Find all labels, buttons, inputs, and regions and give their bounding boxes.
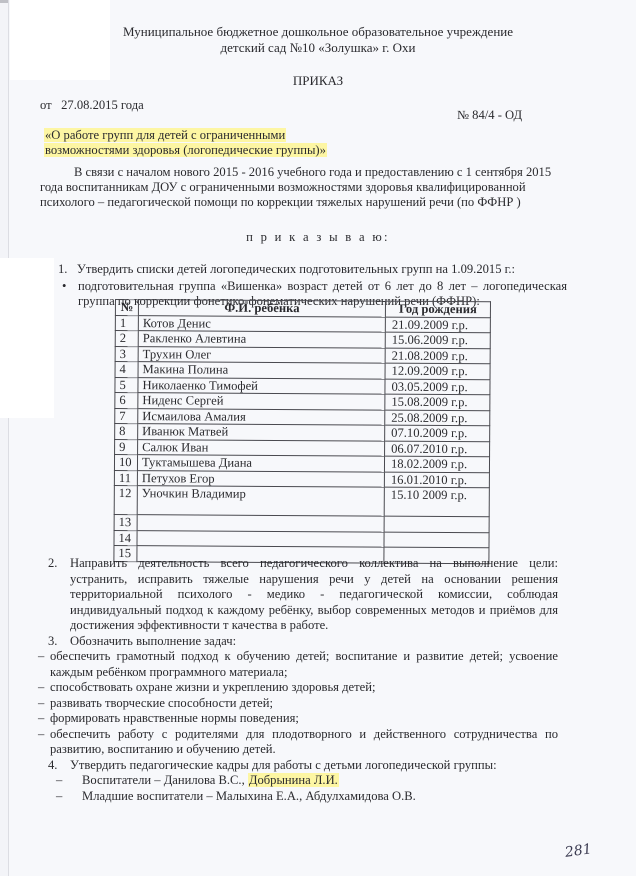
child-name: Трухин Олег (138, 346, 385, 363)
table-body: 1Котов Денис21.09.2009 г.р.2Ракленко Але… (114, 315, 490, 563)
task-text: формировать нравственные нормы поведения… (50, 711, 299, 725)
order-item-2: 2. Направить деятельность всего педагоги… (48, 556, 558, 634)
row-number: 7 (115, 408, 138, 424)
child-name: Уночкин Владимир (137, 486, 384, 517)
dash-icon: – (56, 773, 62, 789)
row-number: 5 (115, 377, 138, 393)
row-number: 3 (115, 346, 138, 362)
column-header-birth-year: Год рождения (385, 301, 490, 317)
intro-line-1: В связи с началом нового 2015 - 2016 уче… (40, 165, 570, 180)
row-number: 13 (114, 514, 137, 530)
birth-date: 12.09.2009 г.р. (385, 363, 490, 379)
row-number: 6 (115, 393, 138, 409)
staff-educators: – Воспитатели – Данилова В.С., Добрынина… (48, 773, 558, 789)
child-name: Исмаилова Амалия (138, 408, 385, 425)
order-item-1: 1. Утвердить списки детей логопедических… (58, 262, 515, 277)
order-date: от 27.08.2015 года (40, 98, 144, 113)
order-number: № 84/4 - ОД (457, 108, 522, 123)
date-label: от (40, 98, 52, 112)
item-text: Обозначить выполнение задач: (70, 634, 236, 648)
task-text: обеспечить грамотный подход к обучению д… (50, 649, 558, 679)
child-name: Салюк Иван (138, 439, 385, 456)
column-header-name: Ф.И. ребёнка (138, 300, 385, 317)
item-text: Утвердить списки детей логопедических по… (77, 262, 515, 276)
task-text: развивать творческие способности детей; (50, 696, 273, 710)
child-name: Иванюк Матвей (138, 424, 385, 441)
dash-icon: – (38, 696, 44, 712)
child-name: Макина Полина (138, 362, 385, 379)
row-number: 10 (114, 455, 137, 471)
order-subject: «О работе групп для детей с ограниченным… (44, 128, 327, 158)
task-list: –обеспечить грамотный подход к обучению … (48, 649, 558, 758)
birth-date: 03.05.2009 г.р. (385, 379, 490, 395)
row-number: 9 (115, 439, 138, 455)
birth-date: 16.01.2010 г.р. (384, 472, 489, 488)
column-header-number: № (115, 300, 138, 316)
child-name: Петухов Егор (137, 470, 384, 487)
item-number: 1. (58, 262, 67, 276)
organization-line-1: Муниципальное бюджетное дошкольное образ… (0, 24, 636, 40)
row-number: 1 (115, 315, 138, 331)
task-item: –развивать творческие способности детей; (38, 696, 558, 712)
intro-paragraph: В связи с началом нового 2015 - 2016 уче… (40, 165, 570, 210)
staff-role: Воспитатели – Данилова В.С., (82, 773, 248, 787)
child-name: Туктамышева Диана (137, 455, 384, 472)
birth-date: 18.02.2009 г.р. (384, 456, 489, 472)
child-name (137, 515, 384, 532)
child-name: Ниденс Сергей (138, 393, 385, 410)
item-number: 2. (48, 556, 57, 572)
redaction-patch (0, 258, 54, 418)
child-name (137, 530, 384, 547)
document-title: ПРИКАЗ (0, 73, 636, 88)
row-number: 14 (114, 530, 137, 546)
child-name: Котов Денис (138, 315, 385, 332)
birth-date (384, 532, 489, 548)
item-number: 4. (48, 758, 57, 774)
birth-date: 15.06.2009 г.р. (385, 332, 490, 348)
dash-icon: – (38, 680, 44, 696)
order-item-3: 3. Обозначить выполнение задач: (48, 634, 558, 650)
task-text: способствовать охране жизни и укреплению… (50, 680, 375, 694)
row-number: 8 (115, 424, 138, 440)
row-number: 4 (115, 362, 138, 378)
children-table: № Ф.И. ребёнка Год рождения 1Котов Денис… (113, 299, 491, 564)
item-text: Направить деятельность всего педагогичес… (70, 556, 558, 632)
orders-heading: п р и к а з ы в а ю: (0, 230, 636, 245)
child-name: Ракленко Алевтина (138, 331, 385, 348)
birth-date: 15.10 2009 г.р. (384, 487, 489, 517)
task-item: –обеспечить работу с родителями для плод… (38, 727, 558, 758)
task-item: –формировать нравственные нормы поведени… (38, 711, 558, 727)
birth-date: 21.08.2009 г.р. (385, 348, 490, 364)
task-text: обеспечить работу с родителями для плодо… (50, 727, 558, 757)
birth-date: 07.10.2009 г.р. (385, 425, 490, 441)
birth-date (384, 516, 489, 532)
dash-icon: – (38, 649, 44, 665)
task-item: –обеспечить грамотный подход к обучению … (38, 649, 558, 680)
subject-line-1: «О работе групп для детей с ограниченным… (44, 128, 286, 142)
bullet-icon: • (62, 279, 66, 294)
row-number: 12 (114, 485, 137, 514)
order-items-2-4: 2. Направить деятельность всего педагоги… (48, 556, 558, 804)
staff-junior-educators: – Младшие воспитатели – Малыхина Е.А., А… (48, 789, 558, 805)
row-number: 2 (115, 331, 138, 347)
table-row: 12Уночкин Владимир15.10 2009 г.р. (114, 485, 489, 516)
organization-line-2: детский сад №10 «Золушка» г. Охи (0, 40, 636, 56)
birth-date: 25.08.2009 г.р. (385, 410, 490, 426)
item-number: 3. (48, 634, 57, 650)
item-text: Утвердить педагогические кадры для работ… (70, 758, 497, 772)
birth-date: 15.08.2009 г.р. (385, 394, 490, 410)
child-name: Николаенко Тимофей (138, 377, 385, 394)
birth-date: 06.07.2010 г.р. (385, 441, 490, 457)
birth-date: 21.09.2009 г.р. (385, 317, 490, 333)
dash-icon: – (56, 789, 62, 805)
order-item-4: 4. Утвердить педагогические кадры для ра… (48, 758, 558, 774)
staff-role: Младшие воспитатели – Малыхина Е.А., Абд… (82, 789, 416, 803)
row-number: 11 (114, 470, 137, 486)
dash-icon: – (38, 711, 44, 727)
subject-line-2: возможностями здоровья (логопедические г… (44, 143, 327, 157)
intro-rest: года воспитанникам ДОУ с ограниченными в… (40, 180, 526, 209)
organization-name: Муниципальное бюджетное дошкольное образ… (0, 24, 636, 56)
date-value: 27.08.2015 года (61, 98, 144, 112)
staff-highlighted-name: Добрынина Л.И. (248, 773, 339, 787)
task-item: –способствовать охране жизни и укреплени… (38, 680, 558, 696)
dash-icon: – (38, 727, 44, 743)
